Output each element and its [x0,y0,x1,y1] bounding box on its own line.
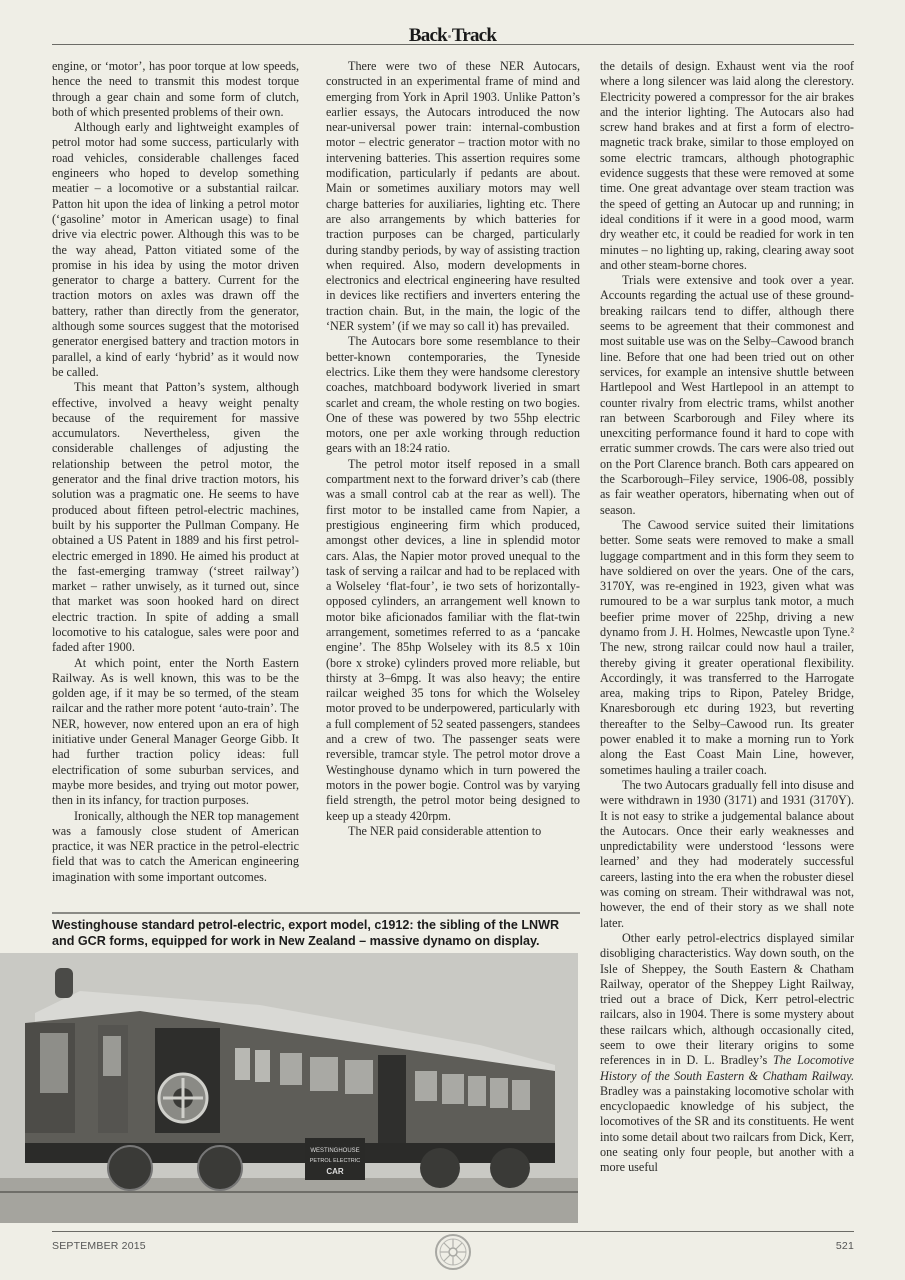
paragraph: At which point, enter the North Eastern … [52,656,299,809]
logo-back: Back [409,25,447,46]
paragraph: The petrol motor itself reposed in a sma… [326,457,580,824]
paragraph: The Cawood service suited their limitati… [600,518,854,778]
sign-line-2: PETROL ELECTRIC [310,1158,361,1164]
figure-caption: Westinghouse standard petrol-electric, e… [52,917,582,949]
paragraph: the details of design. Exhaust went via … [600,59,854,273]
wheel-icon [433,1232,473,1272]
caption-rule [52,912,580,914]
paragraph: Although early and lightweight examples … [52,120,299,380]
logo-track: Track [452,25,496,46]
issue-date: SEPTEMBER 2015 [52,1240,146,1252]
paragraph: The Autocars bore some resemblance to th… [326,334,580,456]
paragraph: engine, or ‘motor’, has poor torque at l… [52,59,299,120]
paragraph: The NER paid considerable attention to [326,824,580,839]
article-column-3: the details of design. Exhaust went via … [600,59,854,1176]
article-column-2: There were two of these NER Autocars, co… [326,59,580,839]
header-rule [52,44,854,45]
article-column-1: engine, or ‘motor’, has poor torque at l… [52,59,299,885]
paragraph: The two Autocars gradually fell into dis… [600,778,854,931]
sign-line-1: WESTINGHOUSE [310,1148,359,1154]
paragraph: Trials were extensive and took over a ye… [600,273,854,518]
page-number: 521 [836,1240,854,1252]
paragraph: This meant that Patton’s system, althoug… [52,380,299,655]
railcar-photo: WESTINGHOUSE PETROL ELECTRIC CAR [0,953,578,1223]
sign-line-3: CAR [326,1167,344,1176]
railcar-illustration: WESTINGHOUSE PETROL ELECTRIC CAR [0,953,578,1223]
logo-separator [448,35,451,38]
paragraph: There were two of these NER Autocars, co… [326,59,580,334]
paragraph: Other early petrol-electrics displayed s… [600,931,854,1176]
paragraph: Ironically, although the NER top managem… [52,809,299,885]
